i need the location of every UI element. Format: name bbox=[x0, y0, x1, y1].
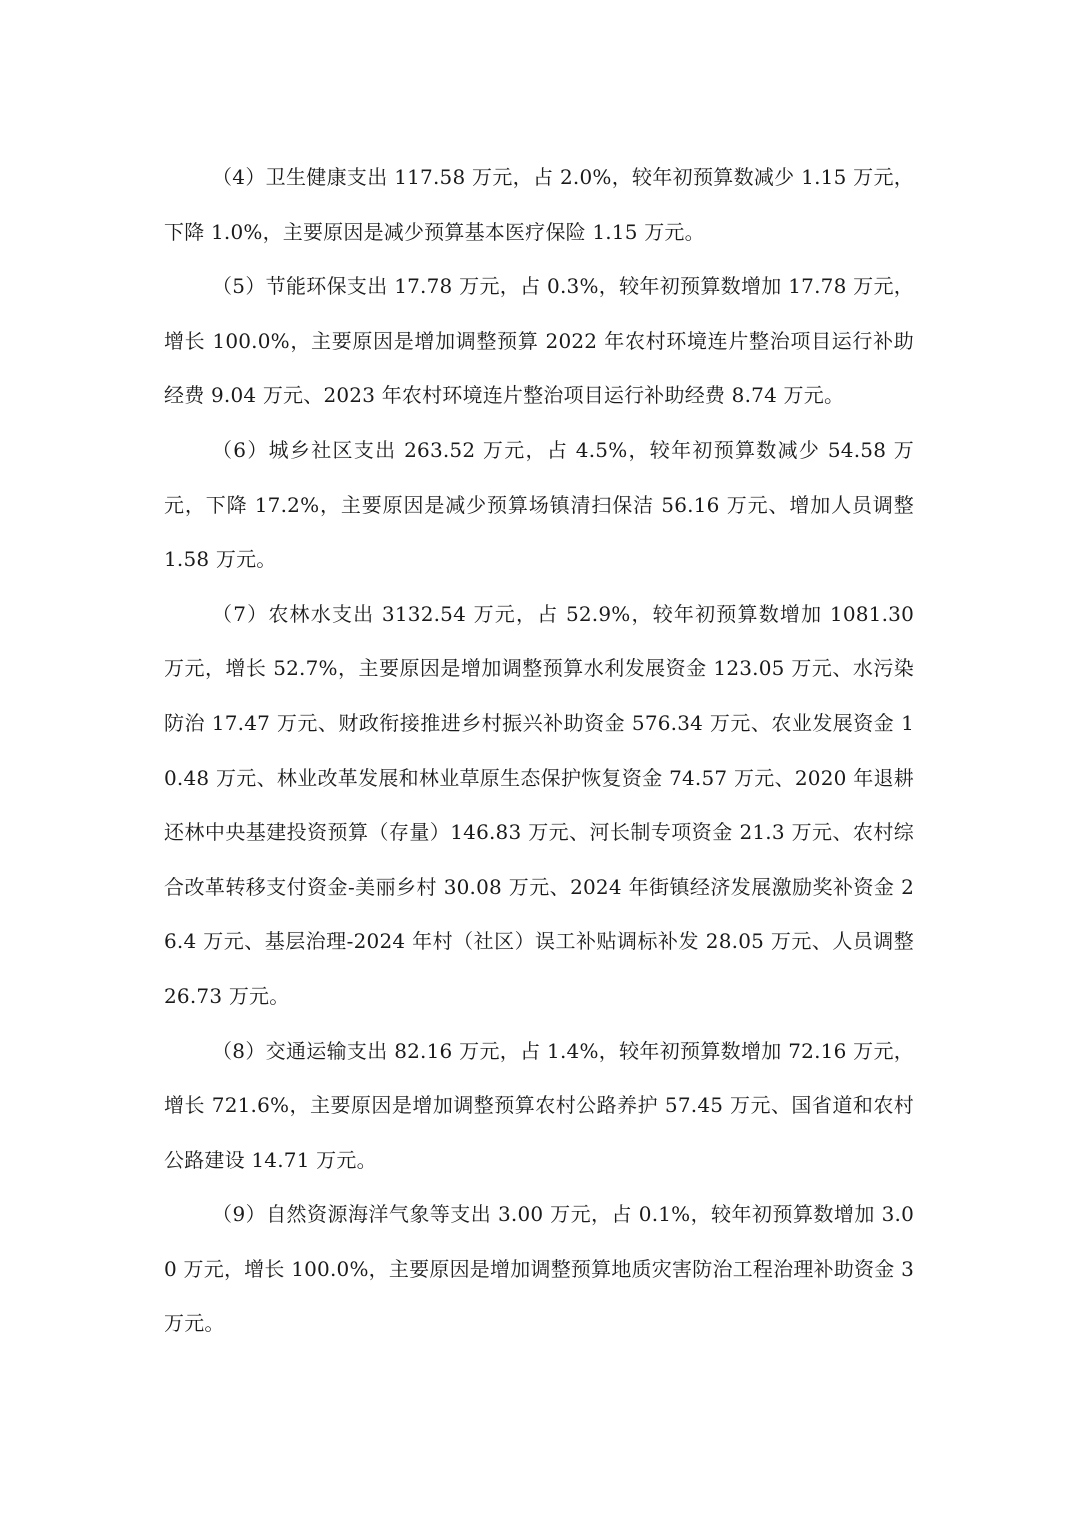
paragraph-energy-environment-expenditure: （5）节能环保支出 17.78 万元，占 0.3%，较年初预算数增加 17.78… bbox=[164, 259, 914, 423]
document-page: （4）卫生健康支出 117.58 万元，占 2.0%，较年初预算数减少 1.15… bbox=[164, 150, 914, 1351]
paragraph-natural-resources-expenditure: （9）自然资源海洋气象等支出 3.00 万元，占 0.1%，较年初预算数增加 3… bbox=[164, 1187, 914, 1351]
paragraph-health-expenditure: （4）卫生健康支出 117.58 万元，占 2.0%，较年初预算数减少 1.15… bbox=[164, 150, 914, 259]
paragraph-agriculture-forestry-water-expenditure: （7）农林水支出 3132.54 万元，占 52.9%，较年初预算数增加 108… bbox=[164, 587, 914, 1024]
paragraph-urban-rural-community-expenditure: （6）城乡社区支出 263.52 万元，占 4.5%，较年初预算数减少 54.5… bbox=[164, 423, 914, 587]
paragraph-transportation-expenditure: （8）交通运输支出 82.16 万元，占 1.4%，较年初预算数增加 72.16… bbox=[164, 1024, 914, 1188]
